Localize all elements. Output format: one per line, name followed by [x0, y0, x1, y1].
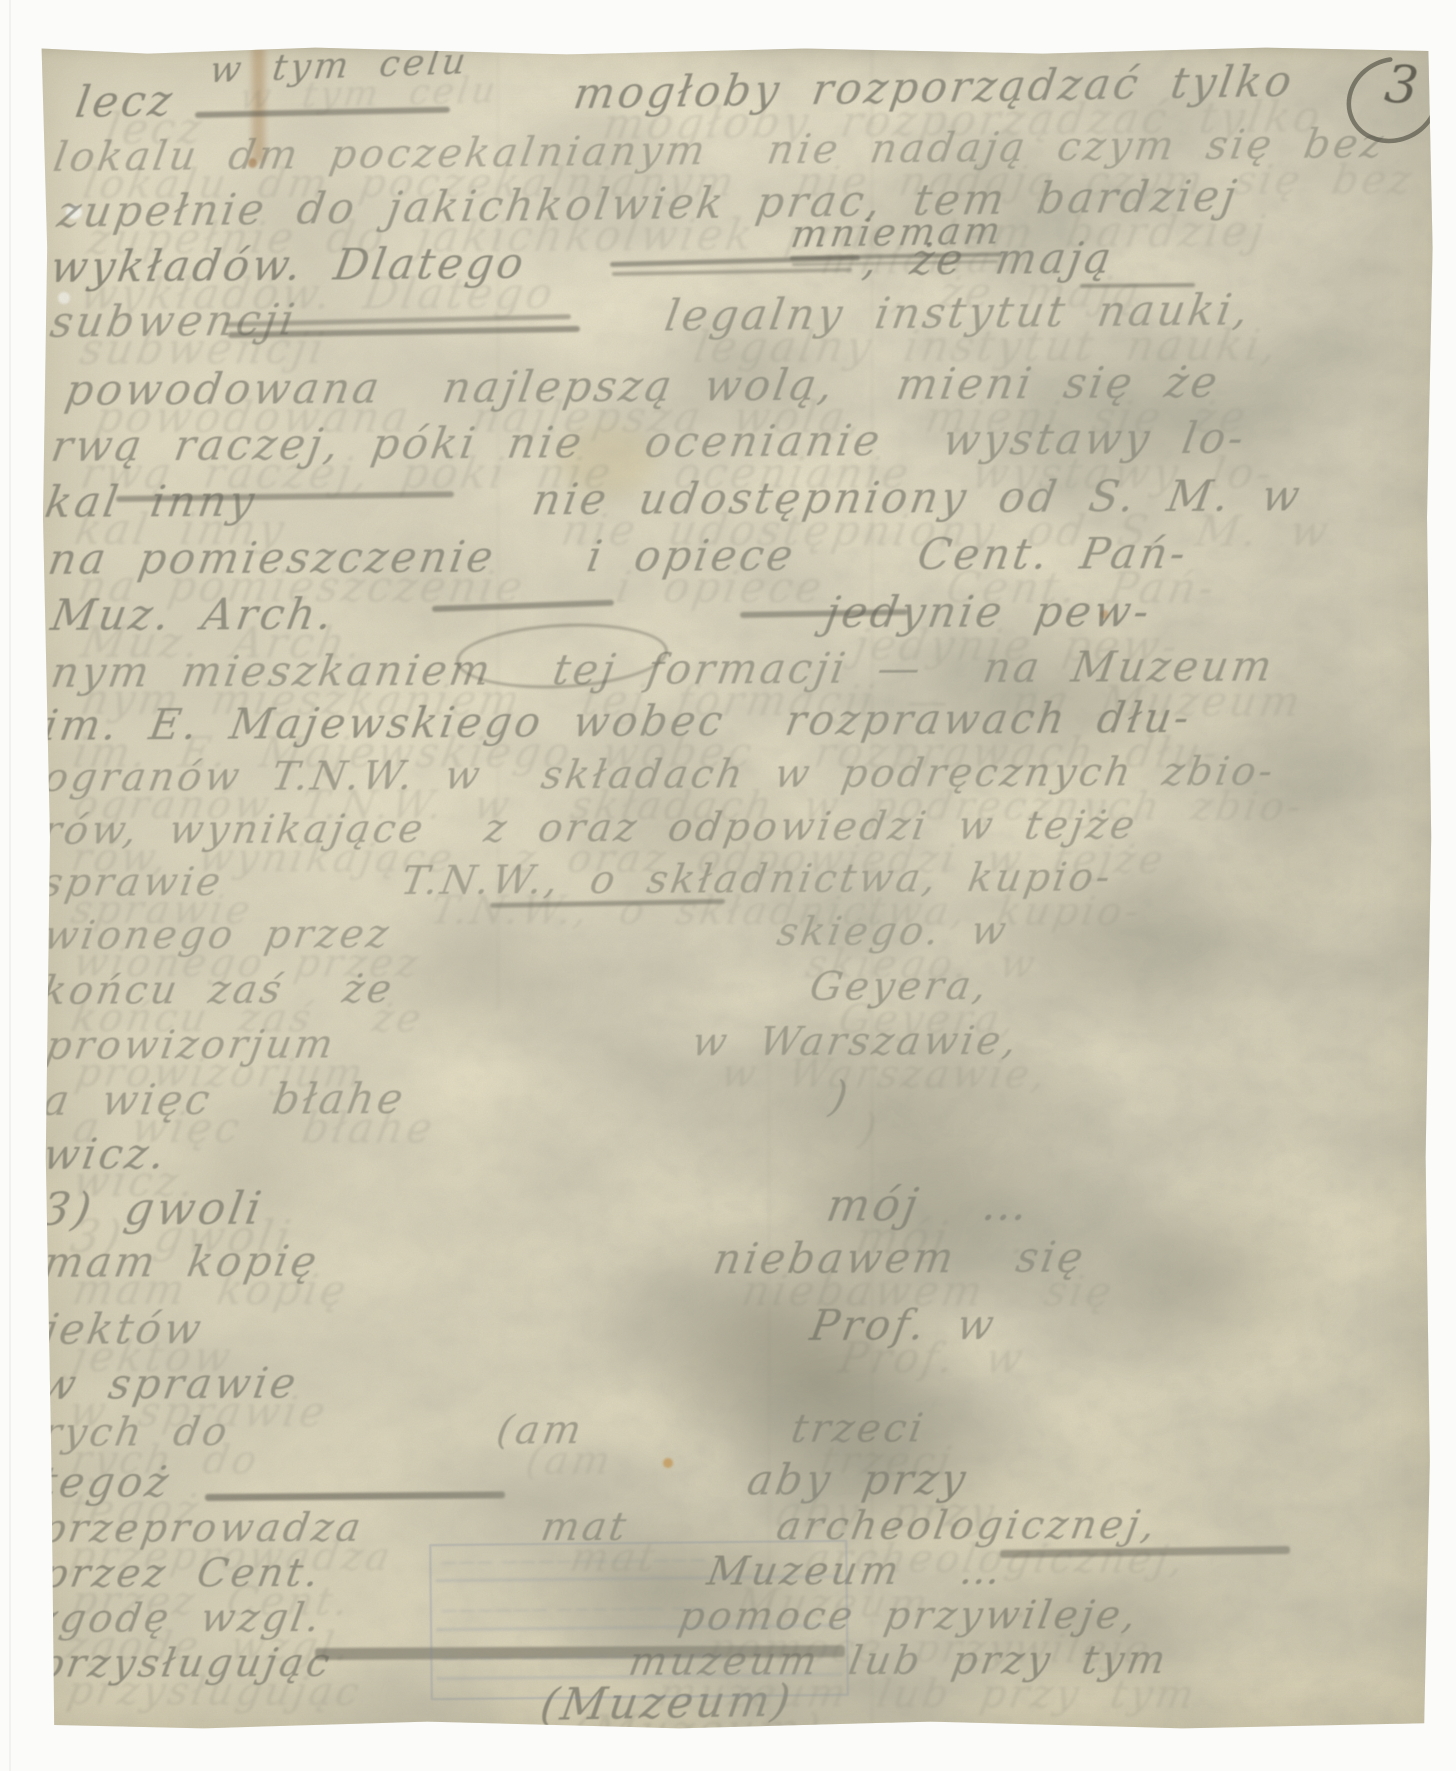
scanner-edge-shadow	[9, 0, 11, 1771]
paper-sheet	[36, 46, 1434, 1730]
scanned-manuscript-page: ——— ———————— ————————— —————— —————— ———…	[0, 0, 1456, 1771]
